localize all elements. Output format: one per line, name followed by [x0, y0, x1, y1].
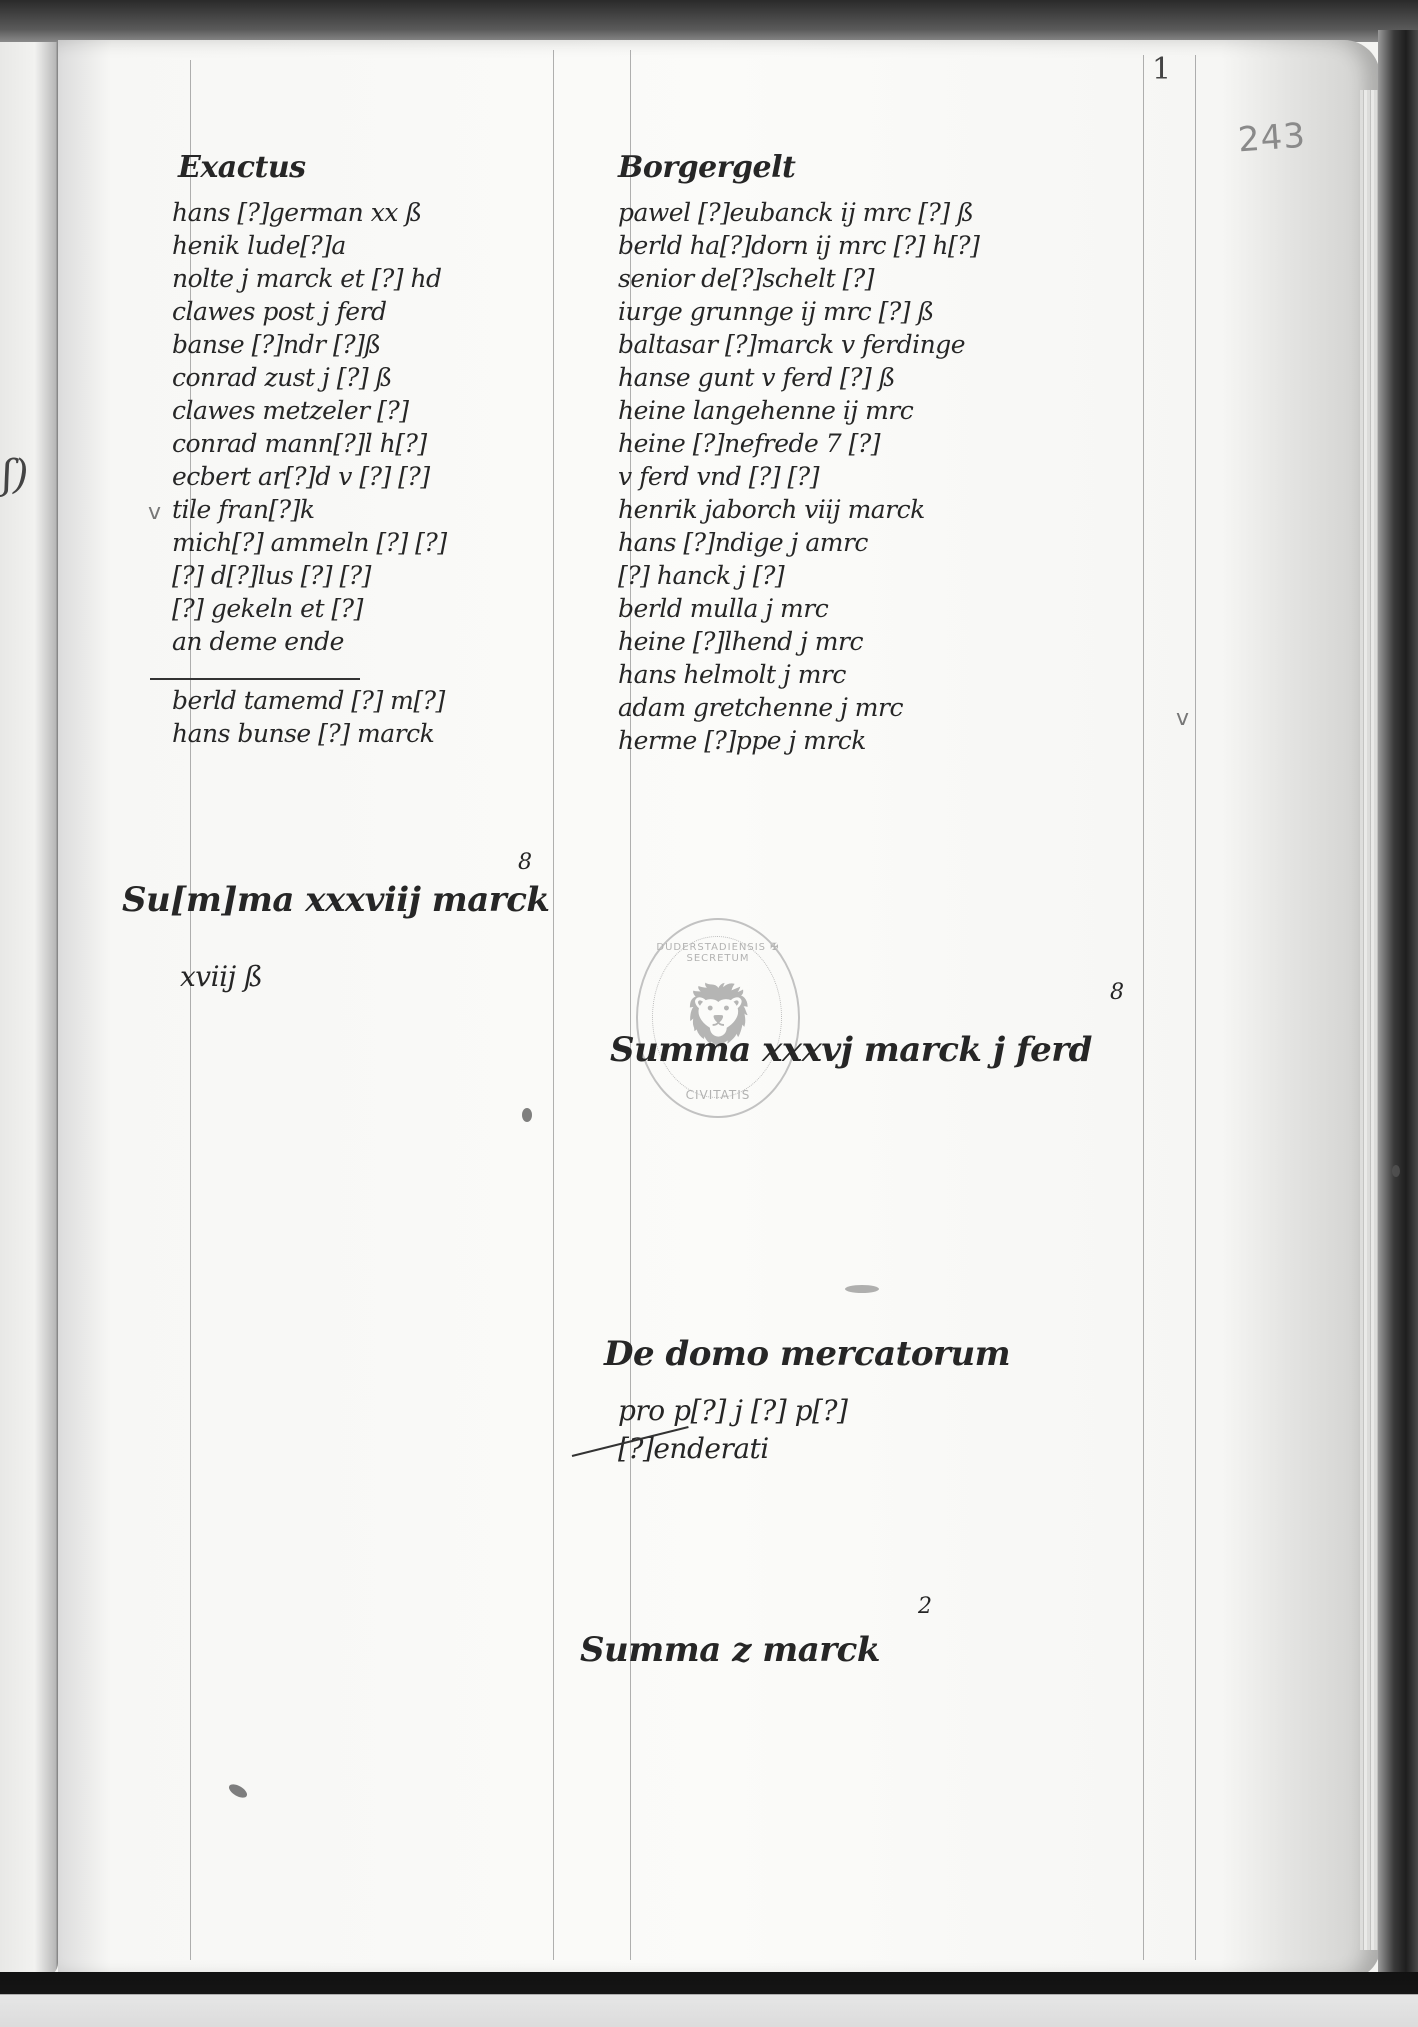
list-item: tile fran[?]k [172, 493, 447, 526]
list-item: berld mulla j mrc [618, 592, 979, 625]
list-item: adam gretchenne j mrc [618, 691, 979, 724]
right-column-heading: Borgergelt [618, 150, 795, 185]
section-divider-line [150, 678, 360, 680]
left-column-entries: hans [?]german xx ß henik lude[?]a nolte… [172, 196, 447, 658]
previous-page-edge: ʃ) [0, 42, 58, 1977]
list-item: [?] hanck j [?] [618, 559, 979, 592]
ruling-line-right [1143, 55, 1144, 1960]
list-item: pawel [?]eubanck ij mrc [?] ß [618, 196, 979, 229]
scanner-background-bottom [0, 1972, 1418, 2027]
margin-checkmark-left: v [148, 500, 161, 525]
center-sum-superscript: 8 [1110, 980, 1124, 1005]
list-item: ecbert ar[?]d v [?] [?] [172, 460, 447, 493]
list-item: berld tamemd [?] m[?] [172, 684, 445, 717]
margin-checkmark-right: v [1176, 706, 1189, 731]
list-item: mich[?] ammeln [?] [?] [172, 526, 447, 559]
list-item: clawes metzeler [?] [172, 394, 447, 427]
folio-number: 243 [1237, 116, 1308, 161]
list-item: conrad mann[?]l h[?] [172, 427, 447, 460]
previous-page-mark: ʃ) [2, 452, 28, 498]
left-sum-line-1: Su[m]ma xxxviij marck [122, 880, 549, 920]
archive-stamp-legend-bottom: CIVITATIS [638, 1088, 798, 1102]
list-item: hans bunse [?] marck [172, 717, 445, 750]
list-item: heine langehenne ij mrc [618, 394, 979, 427]
list-item: herme [?]ppe j mrck [618, 724, 979, 757]
left-sum-superscript: 8 [518, 850, 532, 875]
list-item: heine [?]nefrede 7 [?] [618, 427, 979, 460]
ink-stain [522, 1108, 532, 1122]
list-item: [?] gekeln et [?] [172, 592, 447, 625]
list-item: [?] d[?]lus [?] [?] [172, 559, 447, 592]
list-item: henik lude[?]a [172, 229, 447, 262]
list-item: hans helmolt j mrc [618, 658, 979, 691]
domus-sum: Summa z marck [580, 1630, 880, 1670]
domus-line-1: pro p[?] j [?] p[?] [618, 1394, 847, 1427]
book-binding-edge [1378, 30, 1418, 1990]
list-item: henrik jaborch viij marck [618, 493, 979, 526]
left-column-after-rule: berld tamemd [?] m[?] hans bunse [?] mar… [172, 684, 445, 750]
archive-stamp-legend-top: DUDERSTADIENSIS ✠ SECRETUM [638, 942, 798, 964]
list-item: conrad zust j [?] ß [172, 361, 447, 394]
list-item: v ferd vnd [?] [?] [618, 460, 979, 493]
right-column-entries: pawel [?]eubanck ij mrc [?] ß berld ha[?… [618, 196, 979, 757]
archive-stamp: DUDERSTADIENSIS ✠ SECRETUM 🦁︎ CIVITATIS [636, 918, 800, 1118]
list-item: heine [?]lhend j mrc [618, 625, 979, 658]
domus-sum-superscript: 2 [918, 1594, 932, 1619]
scanner-background-top [0, 0, 1418, 42]
list-item: berld ha[?]dorn ij mrc [?] h[?] [618, 229, 979, 262]
left-column-heading: Exactus [178, 150, 306, 185]
domus-heading: De domo mercatorum [604, 1334, 1010, 1374]
list-item: clawes post j ferd [172, 295, 447, 328]
list-item: hans [?]german xx ß [172, 196, 447, 229]
list-item: hans [?]ndige j amrc [618, 526, 979, 559]
center-sum: Summa xxxvj marck j ferd [610, 1030, 1092, 1070]
ink-stain [845, 1285, 879, 1293]
ink-stain [1392, 1165, 1400, 1177]
list-item: hanse gunt v ferd [?] ß [618, 361, 979, 394]
list-item: baltasar [?]marck v ferdinge [618, 328, 979, 361]
ruling-line-center-left [553, 50, 554, 1960]
list-item: nolte j marck et [?] hd [172, 262, 447, 295]
folio-tick-mark: 1 [1152, 52, 1171, 87]
list-item: iurge grunnge ij mrc [?] ß [618, 295, 979, 328]
list-item: an deme ende [172, 625, 447, 658]
left-sum-line-2: xviij ß [180, 960, 262, 993]
list-item: banse [?]ndr [?]ß [172, 328, 447, 361]
list-item: senior de[?]schelt [?] [618, 262, 979, 295]
ruling-line-far-right [1195, 55, 1196, 1960]
